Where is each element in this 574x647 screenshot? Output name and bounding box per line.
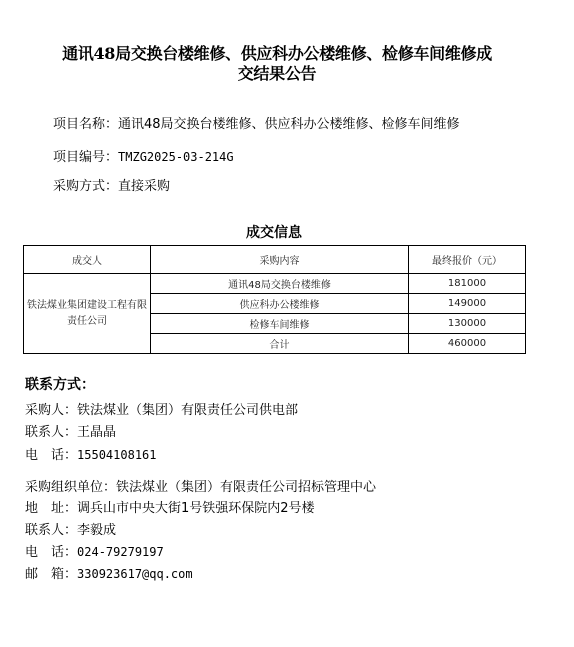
buyer-label: 采购人： — [25, 403, 77, 418]
agency-label: 采购组织单位： — [25, 480, 116, 495]
project-code-label: 项目编号： — [53, 150, 118, 165]
agency-contact-value: 李毅成 — [77, 523, 116, 538]
buyer-phone-row: 电 话：15504108161 — [25, 446, 157, 465]
procurement-method-label: 采购方式： — [53, 179, 118, 194]
agency-contact-label: 联系人： — [25, 523, 77, 538]
project-name-value: 通讯48局交换台楼维修、供应科办公楼维修、检修车间维修 — [118, 117, 460, 132]
agency-address-value: 调兵山市中央大街1号铁强环保院内2号楼 — [77, 501, 315, 516]
buyer-value: 铁法煤业（集团）有限责任公司供电部 — [77, 403, 298, 418]
buyer-phone-label: 电 话： — [25, 448, 77, 463]
header-price: 最终报价（元） — [409, 246, 526, 274]
total-price-cell: 460000 — [409, 334, 526, 354]
agency-phone-row: 电 话：024-79279197 — [25, 543, 164, 562]
buyer-contact-row: 联系人：王晶晶 — [25, 424, 116, 442]
content-cell: 检修车间维修 — [151, 314, 409, 334]
buyer-row: 采购人：铁法煤业（集团）有限责任公司供电部 — [25, 402, 298, 420]
agency-row: 采购组织单位：铁法煤业（集团）有限责任公司招标管理中心 — [25, 479, 376, 497]
agency-address-row: 地 址：调兵山市中央大街1号铁强环保院内2号楼 — [25, 500, 315, 518]
table-row: 铁法煤业集团建设工程有限责任公司 通讯48局交换台楼维修 181000 — [24, 274, 526, 294]
winner-cell: 铁法煤业集团建设工程有限责任公司 — [24, 274, 151, 354]
content-cell: 供应科办公楼维修 — [151, 294, 409, 314]
deal-table: 成交人 采购内容 最终报价（元） 铁法煤业集团建设工程有限责任公司 通讯48局交… — [23, 245, 526, 354]
agency-address-label: 地 址： — [25, 501, 77, 516]
content-cell: 通讯48局交换台楼维修 — [151, 274, 409, 294]
procurement-method-value: 直接采购 — [118, 179, 170, 194]
project-name-label: 项目名称： — [53, 117, 118, 132]
contact-heading: 联系方式： — [25, 376, 95, 394]
agency-phone-value: 024-79279197 — [77, 545, 164, 559]
agency-email-value[interactable]: 330923617@qq.com — [77, 567, 193, 581]
header-content: 采购内容 — [151, 246, 409, 274]
page-title-line-1: 通讯48局交换台楼维修、供应科办公楼维修、检修车间维修成 — [20, 44, 534, 64]
page-title-line-2: 交结果公告 — [20, 64, 534, 84]
project-code-row: 项目编号：TMZG2025-03-214G — [53, 148, 234, 167]
table-header-row: 成交人 采购内容 最终报价（元） — [24, 246, 526, 274]
agency-email-label: 邮 箱： — [25, 567, 77, 582]
deal-section-title: 成交信息 — [23, 224, 525, 242]
price-cell: 181000 — [409, 274, 526, 294]
agency-value: 铁法煤业（集团）有限责任公司招标管理中心 — [116, 480, 376, 495]
header-winner: 成交人 — [24, 246, 151, 274]
buyer-contact-value: 王晶晶 — [77, 425, 116, 440]
total-label-cell: 合计 — [151, 334, 409, 354]
project-code-value: TMZG2025-03-214G — [118, 150, 234, 164]
agency-phone-label: 电 话： — [25, 545, 77, 560]
buyer-phone-value: 15504108161 — [77, 448, 156, 462]
price-cell: 149000 — [409, 294, 526, 314]
procurement-method-row: 采购方式：直接采购 — [53, 178, 170, 196]
price-cell: 130000 — [409, 314, 526, 334]
agency-email-row: 邮 箱：330923617@qq.com — [25, 565, 193, 584]
project-name-row: 项目名称：通讯48局交换台楼维修、供应科办公楼维修、检修车间维修 — [53, 116, 460, 134]
buyer-contact-label: 联系人： — [25, 425, 77, 440]
agency-contact-row: 联系人：李毅成 — [25, 522, 116, 540]
page-title: 通讯48局交换台楼维修、供应科办公楼维修、检修车间维修成 交结果公告 — [20, 44, 534, 84]
